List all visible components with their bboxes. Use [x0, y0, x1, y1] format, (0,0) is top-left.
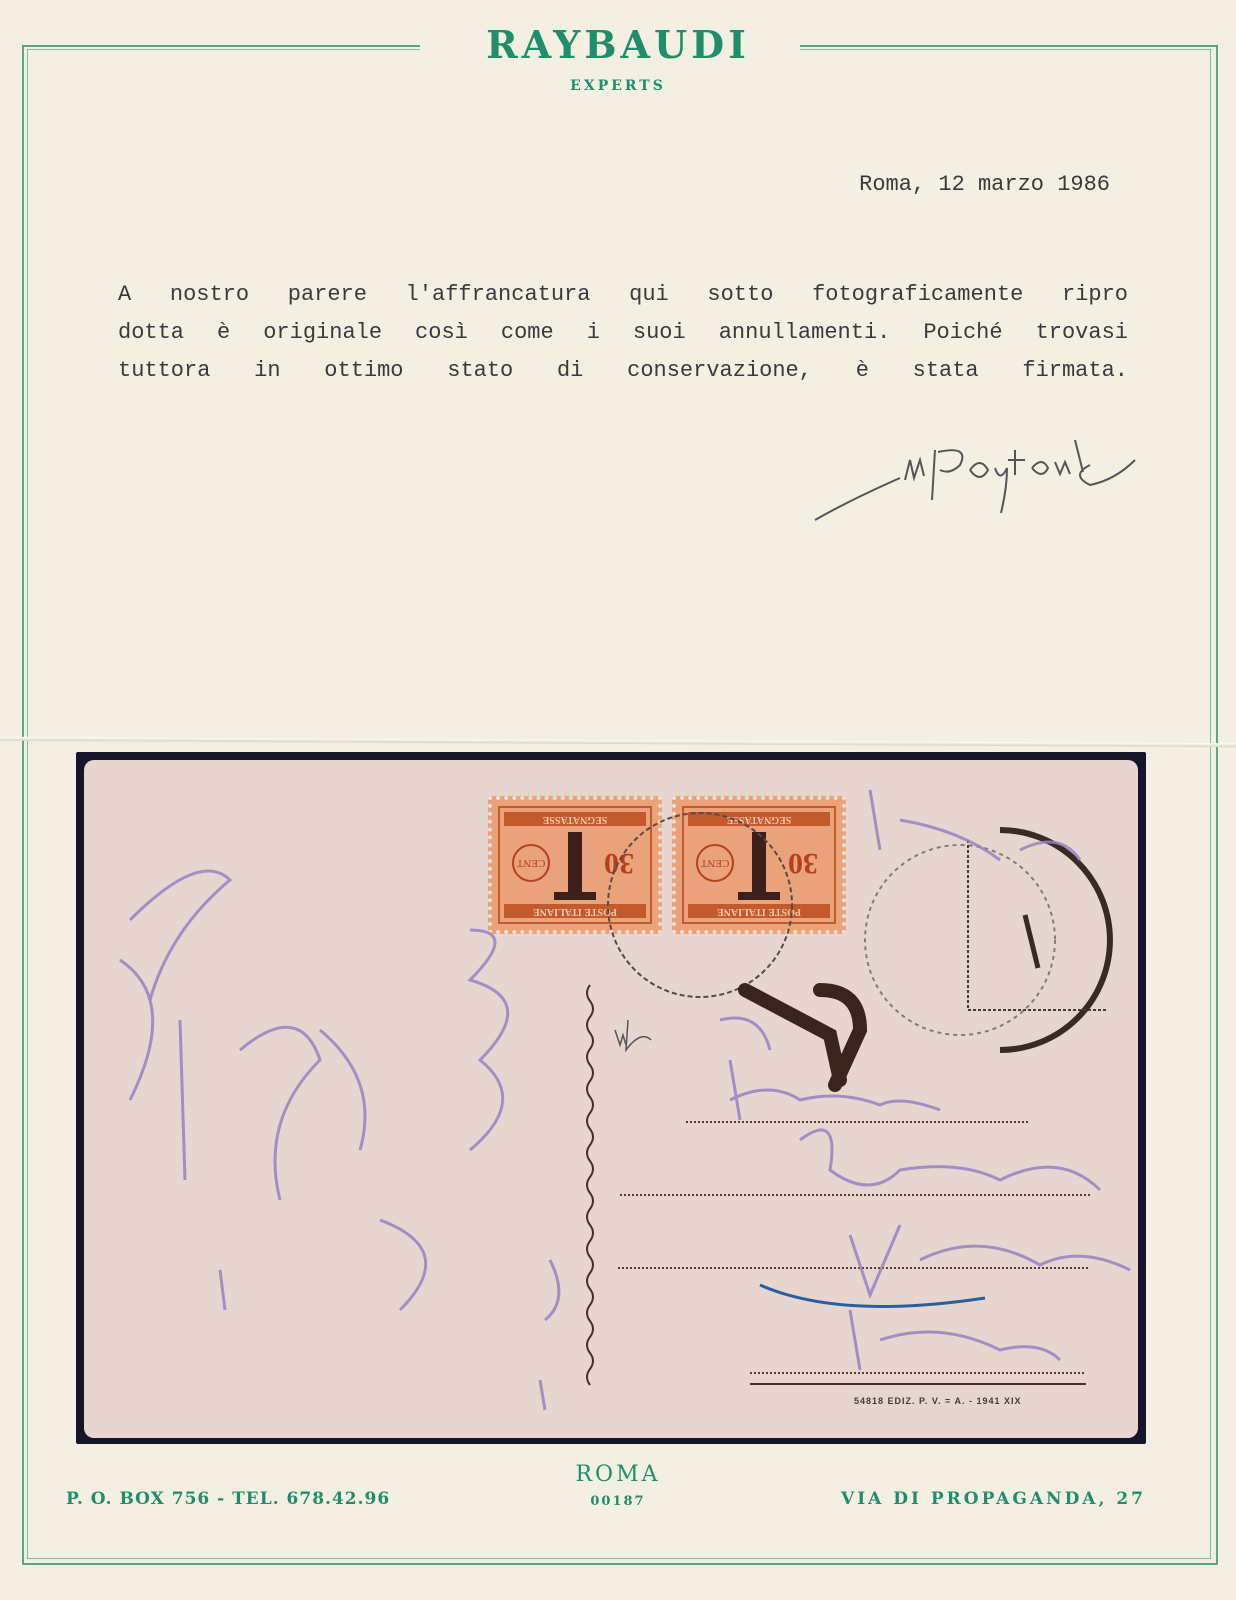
footer-contact: P. O. BOX 756 - TEL. 678.42.96	[66, 1489, 390, 1509]
footer-address: VIA DI PROPAGANDA, 27	[841, 1489, 1146, 1509]
postmark-icon	[608, 813, 792, 997]
footer-city: ROMA	[0, 1462, 1236, 1487]
card-divider	[587, 985, 593, 1385]
postcard-imprint: 54818 EDIZ. P. V. = A. - 1941 XIX	[854, 1396, 1022, 1406]
tax-handstamp-icon	[745, 990, 860, 1085]
manuscript-writing	[120, 790, 1130, 1410]
expert-mark-icon	[615, 1020, 651, 1050]
postcard-markings	[0, 0, 1236, 1600]
